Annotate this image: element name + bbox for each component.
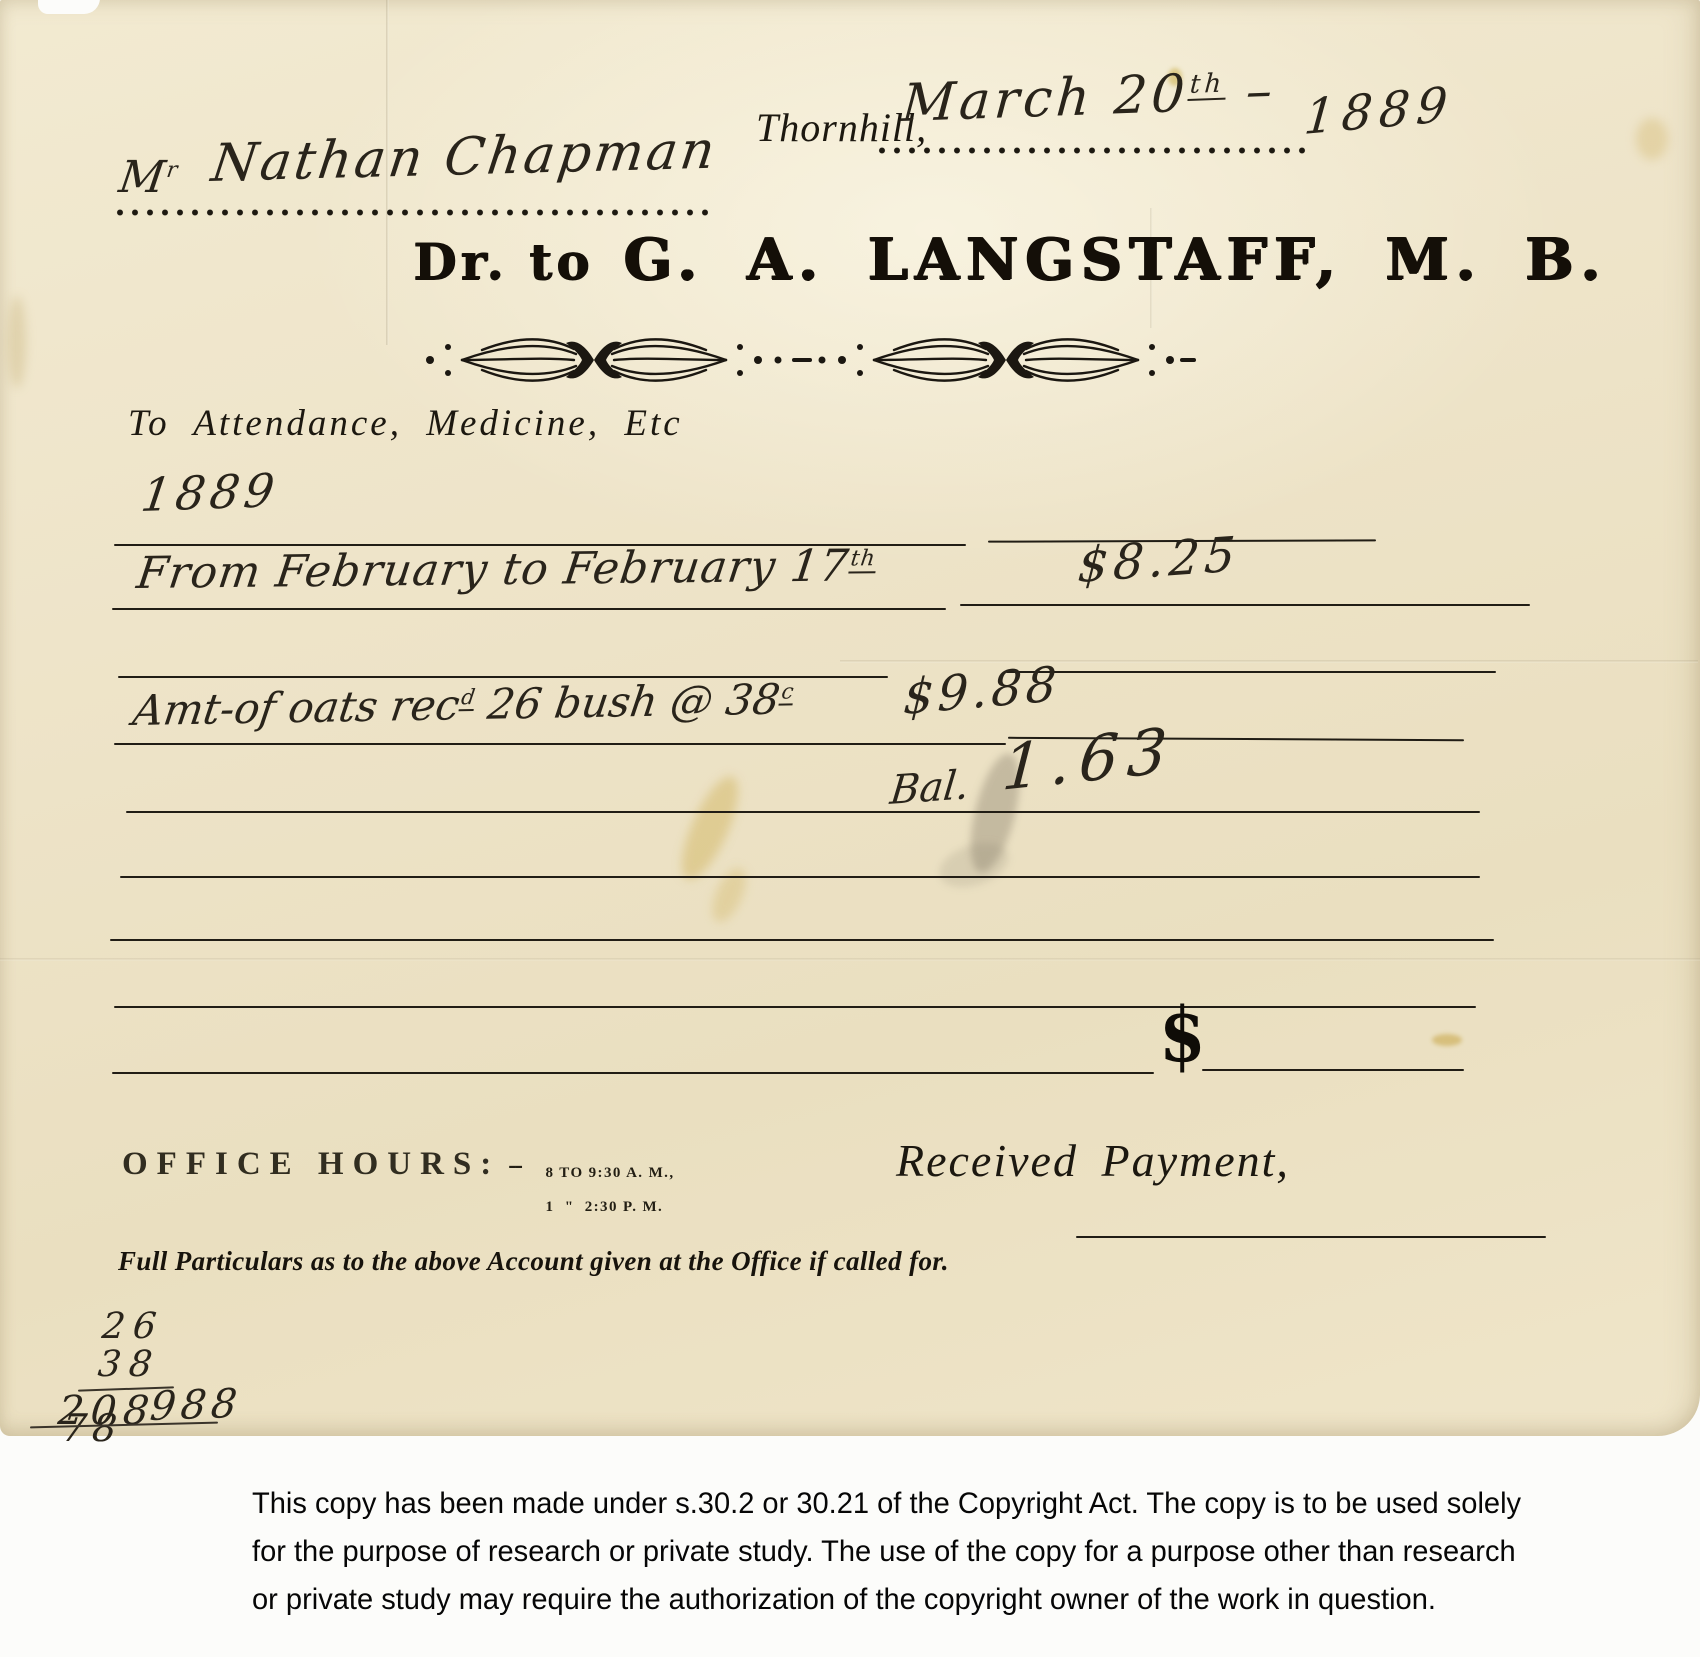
credit-entry-mid: 26 bush @ 38 — [471, 675, 783, 729]
credit-entry-pre: Amt-of oats rec — [130, 680, 463, 735]
service-amount: $8.25 — [1076, 526, 1242, 594]
copyright-line-3: or private study may require the authori… — [252, 1576, 1521, 1624]
paper-edge-notch — [38, 0, 100, 14]
ruled-line — [1006, 671, 1496, 673]
scanned-document: { "paper": { "dateline": { "place": "Tho… — [0, 0, 1700, 1657]
date-text: March 20 — [900, 64, 1190, 134]
calc-multiplicand: 26 — [100, 1306, 166, 1347]
ruled-line — [126, 811, 1480, 813]
fold-crease — [840, 660, 1698, 663]
copyright-notice: This copy has been made under s.30.2 or … — [252, 1480, 1521, 1624]
office-hours-row2: 1 " 2:30 P. M. — [546, 1199, 664, 1215]
office-hours-dash: -- — [508, 1152, 521, 1180]
dollar-symbol: $ — [1159, 990, 1206, 1079]
ruled-line — [1202, 1069, 1464, 1071]
ornament-divider — [424, 328, 1204, 392]
ink-stain — [8, 296, 26, 388]
received-payment-label: Received Payment, — [896, 1134, 1290, 1187]
ruled-line — [960, 604, 1530, 606]
billhead: Dr. to G. A. LANGSTAFF, M. B. — [460, 226, 1560, 293]
balance-label: Bal. — [888, 762, 971, 814]
calc-multiplier: 38 — [96, 1344, 162, 1385]
physician-name: G. A. LANGSTAFF, M. B. — [623, 226, 1607, 293]
service-entry: From February to February 17th — [134, 540, 879, 599]
ruled-line — [112, 1072, 1154, 1074]
account-heading: To Attendance, Medicine, Etc — [128, 402, 683, 445]
office-hours-times: 8 TO 9:30 A. M., 1 " 2:30 P. M. — [525, 1148, 675, 1233]
ruled-line — [114, 743, 1006, 745]
signature-line — [1076, 1236, 1546, 1238]
dateline-dotted-line — [878, 146, 1310, 155]
copyright-line-2: for the purpose of research or private s… — [252, 1528, 1521, 1576]
office-hours-label: OFFICE HOURS: — [122, 1146, 500, 1183]
addressee-dotted-line — [116, 208, 708, 217]
office-hours-row1: 8 TO 9:30 A. M., — [546, 1165, 675, 1181]
addressee-prefix: Mr — [116, 152, 181, 203]
ink-stain — [1636, 118, 1668, 160]
ruled-line — [120, 876, 1480, 878]
addressee-prefix-letter: M — [116, 152, 168, 203]
office-hours: OFFICE HOURS: -- 8 TO 9:30 A. M., 1 " 2:… — [122, 1146, 674, 1233]
date-ordinal-suffix: th — [1188, 70, 1227, 100]
ruled-line — [114, 1006, 1476, 1008]
ink-stain — [1432, 1034, 1462, 1046]
ruled-line — [112, 608, 946, 610]
date-dash: – — [1223, 61, 1278, 123]
calc-partial2: 78 — [60, 1406, 125, 1450]
entry-year: 1889 — [138, 463, 283, 522]
copyright-line-1: This copy has been made under s.30.2 or … — [252, 1480, 1521, 1528]
dr-to-label: Dr. to — [413, 232, 593, 291]
particulars-footnote: Full Particulars as to the above Account… — [118, 1246, 949, 1277]
fold-crease — [0, 958, 1700, 961]
service-entry-text: From February to February 17 — [134, 540, 852, 599]
service-entry-sup: th — [848, 548, 878, 573]
ruled-line — [110, 939, 1494, 941]
